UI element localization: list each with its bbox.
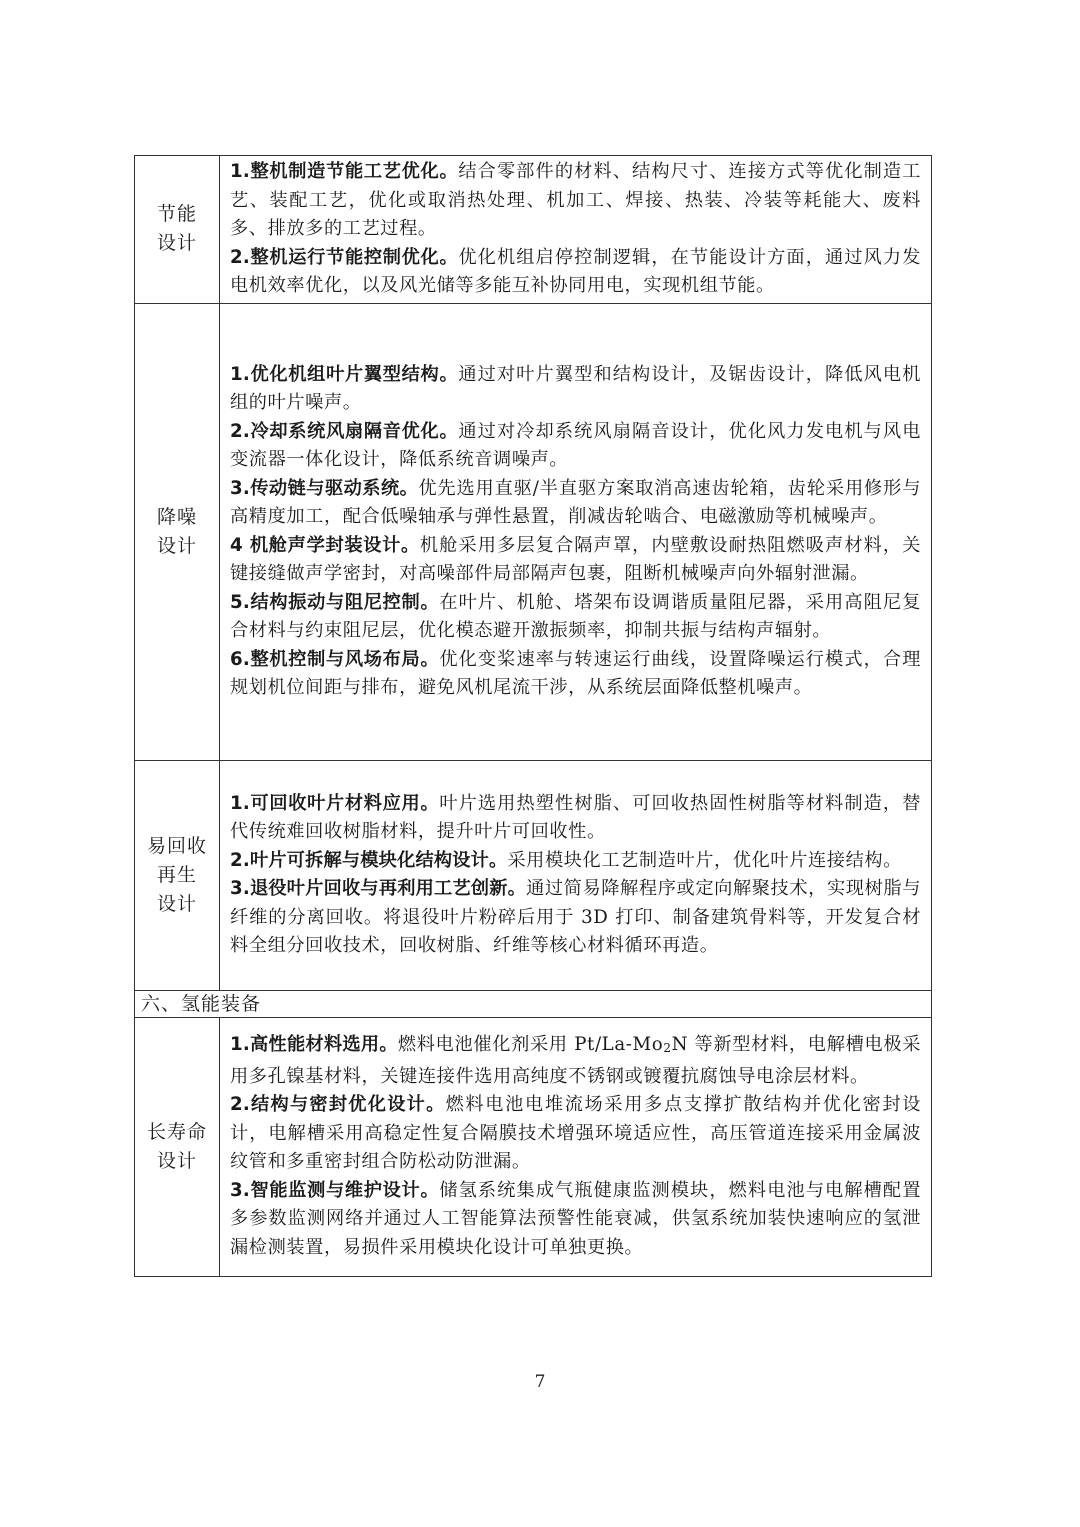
list-item: 1.整机制造节能工艺优化。结合零部件的材料、结构尺寸、连接方式等优化制造工艺、装… — [230, 158, 921, 244]
list-item: 2.冷却系统风扇隔音优化。通过对冷却系统风扇隔音设计，优化风力发电机与风电变流器… — [230, 418, 921, 475]
category-content-cell: 1.整机制造节能工艺优化。结合零部件的材料、结构尺寸、连接方式等优化制造工艺、装… — [220, 156, 932, 304]
list-item: 6.整机控制与风场布局。优化变桨速率与转速运行曲线，设置降噪运行模式，合理规划机… — [230, 646, 921, 703]
list-item: 3.退役叶片回收与再利用工艺创新。通过简易降解程序或定向解聚技术，实现树脂与纤维… — [230, 875, 921, 961]
item-title: 2.整机运行节能控制优化。 — [230, 247, 458, 268]
category-label-cell: 降噪 设计 — [135, 303, 220, 760]
list-item: 3.智能监测与维护设计。储氢系统集成气瓶健康监测模块，燃料电池与电解槽配置多参数… — [230, 1177, 921, 1263]
item-title: 2.结构与密封优化设计。 — [230, 1094, 446, 1115]
table-row-energy-saving-design: 节能 设计 1.整机制造节能工艺优化。结合零部件的材料、结构尺寸、连接方式等优化… — [135, 156, 932, 304]
category-label-line: 长寿命 — [135, 1118, 219, 1147]
table-row-noise-reduction-design: 降噪 设计 1.优化机组叶片翼型结构。通过对叶片翼型和结构设计，及锯齿设计，降低… — [135, 303, 932, 760]
item-title: 1.可回收叶片材料应用。 — [230, 793, 439, 814]
section-heading: 六、氢能装备 — [135, 990, 932, 1017]
item-text: 燃料电池催化剂采用 Pt/La-Mo — [398, 1034, 663, 1055]
category-label-line: 设计 — [135, 1147, 219, 1176]
item-title: 1.高性能材料选用。 — [230, 1034, 398, 1055]
list-item: 2.整机运行节能控制优化。优化机组启停控制逻辑，在节能设计方面，通过风力发电机效… — [230, 244, 921, 301]
list-item: 4 机舱声学封装设计。机舱采用多层复合隔声罩，内壁敷设耐热阻燃吸声材料，关键接缝… — [230, 532, 921, 589]
list-item: 5.结构振动与阻尼控制。在叶片、机舱、塔架布设调谐质量阻尼器，采用高阻尼复合材料… — [230, 589, 921, 646]
category-label-cell: 易回收 再生 设计 — [135, 760, 220, 990]
category-content-cell: 1.高性能材料选用。燃料电池催化剂采用 Pt/La-Mo2N 等新型材料，电解槽… — [220, 1017, 932, 1276]
page-number: 7 — [0, 1372, 1080, 1392]
category-label-line: 设计 — [135, 532, 219, 561]
category-label-line: 易回收 — [135, 832, 219, 861]
category-label-line: 设计 — [135, 890, 219, 919]
item-title: 3.传动链与驱动系统。 — [230, 478, 418, 499]
design-requirements-table: 节能 设计 1.整机制造节能工艺优化。结合零部件的材料、结构尺寸、连接方式等优化… — [134, 155, 932, 1277]
document-page: 节能 设计 1.整机制造节能工艺优化。结合零部件的材料、结构尺寸、连接方式等优化… — [0, 0, 1080, 1527]
item-title: 1.整机制造节能工艺优化。 — [230, 161, 458, 182]
category-content-cell: 1.可回收叶片材料应用。叶片选用热塑性树脂、可回收热固性树脂等材料制造，替代传统… — [220, 760, 932, 990]
list-item: 2.叶片可拆解与模块化结构设计。采用模块化工艺制造叶片，优化叶片连接结构。 — [230, 847, 921, 876]
category-label-line: 节能 — [135, 200, 219, 229]
formula-subscript: 2 — [663, 1041, 671, 1055]
item-title: 4 机舱声学封装设计。 — [230, 535, 420, 556]
item-title: 2.冷却系统风扇隔音优化。 — [230, 421, 458, 442]
category-label-cell: 长寿命 设计 — [135, 1017, 220, 1276]
item-text: 采用模块化工艺制造叶片，优化叶片连接结构。 — [507, 850, 902, 871]
category-label-line: 降噪 — [135, 503, 219, 532]
category-label-line: 再生 — [135, 861, 219, 890]
category-label-line: 设计 — [135, 229, 219, 258]
table-row-long-life-design: 长寿命 设计 1.高性能材料选用。燃料电池催化剂采用 Pt/La-Mo2N 等新… — [135, 1017, 932, 1276]
list-item: 3.传动链与驱动系统。优先选用直驱/半直驱方案取消高速齿轮箱，齿轮采用修形与高精… — [230, 475, 921, 532]
item-title: 6.整机控制与风场布局。 — [230, 649, 439, 670]
category-content-cell: 1.优化机组叶片翼型结构。通过对叶片翼型和结构设计，及锯齿设计，降低风电机组的叶… — [220, 303, 932, 760]
table-row-recyclable-design: 易回收 再生 设计 1.可回收叶片材料应用。叶片选用热塑性树脂、可回收热固性树脂… — [135, 760, 932, 990]
item-title: 2.叶片可拆解与模块化结构设计。 — [230, 850, 507, 871]
list-item: 1.高性能材料选用。燃料电池催化剂采用 Pt/La-Mo2N 等新型材料，电解槽… — [230, 1031, 921, 1091]
list-item: 1.优化机组叶片翼型结构。通过对叶片翼型和结构设计，及锯齿设计，降低风电机组的叶… — [230, 361, 921, 418]
item-title: 5.结构振动与阻尼控制。 — [230, 592, 439, 613]
item-title: 1.优化机组叶片翼型结构。 — [230, 364, 458, 385]
category-label-cell: 节能 设计 — [135, 156, 220, 304]
item-title: 3.智能监测与维护设计。 — [230, 1180, 439, 1201]
item-title: 3.退役叶片回收与再利用工艺创新。 — [230, 878, 526, 899]
list-item: 2.结构与密封优化设计。燃料电池电堆流场采用多点支撑扩散结构并优化密封设计，电解… — [230, 1091, 921, 1177]
list-item: 1.可回收叶片材料应用。叶片选用热塑性树脂、可回收热固性树脂等材料制造，替代传统… — [230, 790, 921, 847]
table-row-section-header: 六、氢能装备 — [135, 990, 932, 1017]
